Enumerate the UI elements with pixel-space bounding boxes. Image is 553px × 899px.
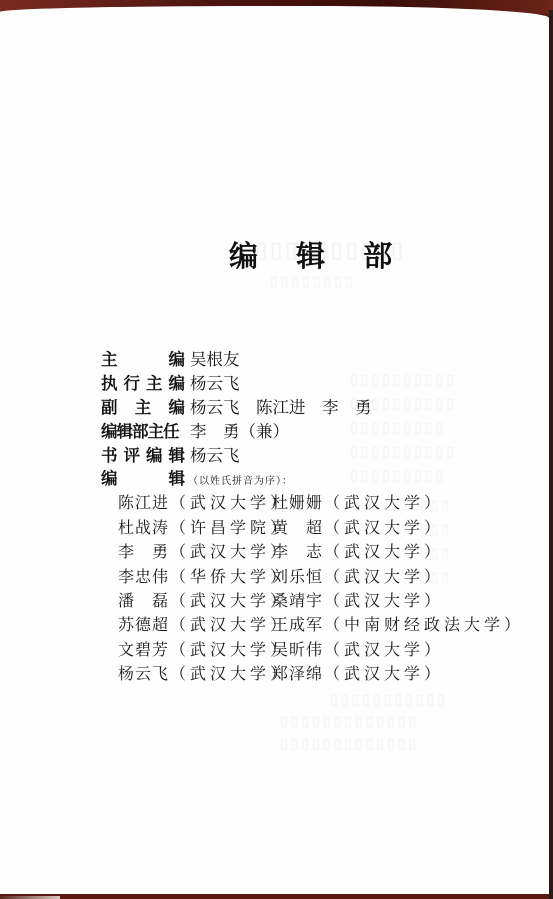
editor-affiliation: （武汉大学）	[324, 566, 444, 588]
editor-row: 李忠伟（华侨大学） 刘乐恒（武汉大学）	[118, 566, 290, 588]
editor-affiliation: （武汉大学）	[324, 639, 444, 661]
role-value: 吴根友	[190, 349, 240, 371]
editor-affiliation: （武汉大学）	[324, 590, 444, 612]
editor-name: 杜战涛	[118, 517, 170, 539]
editor-affiliation: （武汉大学）	[324, 663, 444, 685]
role-label: 执行主编	[101, 373, 185, 395]
role-line-office-director: 编辑部主任李 勇（兼）	[101, 421, 289, 443]
editor-row: 杨云飞（武汉大学） 郑泽绵（武汉大学）	[118, 663, 290, 685]
editor-affiliation: （中南财经政法大学）	[324, 614, 524, 636]
editor-row: 杜战涛（许昌学院） 黄 超（武汉大学）	[118, 517, 290, 539]
role-line-deputy-editor: 副主编杨云飞 陈江进 李 勇	[101, 397, 372, 419]
role-value: 杨云飞	[190, 373, 240, 395]
editor-affiliation: （武汉大学）	[324, 517, 444, 539]
editor-name: 陈江进	[118, 492, 170, 514]
editor-name: 王成军	[272, 614, 324, 636]
editor-name: 吴昕伟	[272, 639, 324, 661]
editor-name: 李忠伟	[118, 566, 170, 588]
role-value: 杨云飞	[190, 445, 240, 467]
editor-row: 文碧芳（武汉大学） 吴昕伟（武汉大学）	[118, 639, 290, 661]
editor-name: 李 志	[272, 541, 324, 563]
editor-name: 黄 超	[272, 517, 324, 539]
bleed-through-decoration: ▯▯▯▯▯▯▯▯▯▯▯	[330, 692, 448, 708]
page-title: 编 辑 部	[229, 234, 406, 275]
role-label: 副主编	[101, 397, 185, 419]
editor-row: 陈江进（武汉大学） 杜姗姗（武汉大学）	[118, 492, 290, 514]
role-label: 主编	[101, 349, 185, 371]
editor-name: 刘乐恒	[272, 566, 324, 588]
ordering-note: （以姓氏拼音为序）：	[188, 476, 293, 487]
editor-affiliation: （武汉大学）	[324, 492, 444, 514]
bleed-through-decoration: ▯▯▯▯▯▯▯▯▯	[350, 468, 446, 484]
bleed-through-decoration: ▯▯▯▯▯▯▯▯	[270, 274, 356, 290]
editor-row: 潘 磊（武汉大学） 桑靖宇（武汉大学）	[118, 590, 290, 612]
editor-name: 杜姗姗	[272, 492, 324, 514]
editor-name: 郑泽绵	[272, 663, 324, 685]
role-label: 编辑部主任	[101, 421, 185, 443]
role-line-book-review-editor: 书评编辑杨云飞	[101, 445, 240, 467]
bleed-through-decoration: ▯▯▯▯▯▯▯▯▯▯▯▯▯	[280, 736, 419, 752]
role-label: 编辑	[101, 468, 185, 490]
editor-name: 苏德超	[118, 614, 170, 636]
editor-affiliation: （武汉大学）	[324, 541, 444, 563]
bleed-through-decoration: ▯▯▯▯▯▯▯▯▯▯	[350, 444, 457, 460]
bleed-through-decoration: ▯▯▯▯▯▯▯▯▯▯	[350, 372, 457, 388]
role-line-editors: 编辑（以姓氏拼音为序）：	[101, 468, 293, 490]
editor-name: 文碧芳	[118, 639, 170, 661]
book-cover-edge-right	[549, 10, 553, 899]
role-line-executive-editor: 执行主编杨云飞	[101, 373, 240, 395]
role-line-chief-editor: 主编吴根友	[101, 349, 240, 371]
bleed-through-decoration: ▯▯▯▯▯▯▯▯▯▯▯▯▯	[280, 714, 419, 730]
editor-name: 李 勇	[118, 541, 170, 563]
editor-name: 桑靖宇	[272, 590, 324, 612]
bleed-through-decoration: ▯▯▯▯▯▯▯▯▯	[350, 420, 446, 436]
role-value: 李 勇（兼）	[190, 421, 289, 443]
editor-row: 苏德超（武汉大学） 王成军（中南财经政法大学）	[118, 614, 290, 636]
editor-name: 潘 磊	[118, 590, 170, 612]
role-value: 杨云飞 陈江进 李 勇	[190, 397, 372, 419]
editor-name: 杨云飞	[118, 663, 170, 685]
role-label: 书评编辑	[101, 445, 185, 467]
editor-row: 李 勇（武汉大学） 李 志（武汉大学）	[118, 541, 290, 563]
book-page: ▯▯▯▯▯▯▯▯▯▯ ▯▯▯▯▯▯▯▯ ▯▯▯▯▯▯▯▯▯▯ ▯▯▯▯▯▯▯▯▯…	[0, 6, 549, 894]
